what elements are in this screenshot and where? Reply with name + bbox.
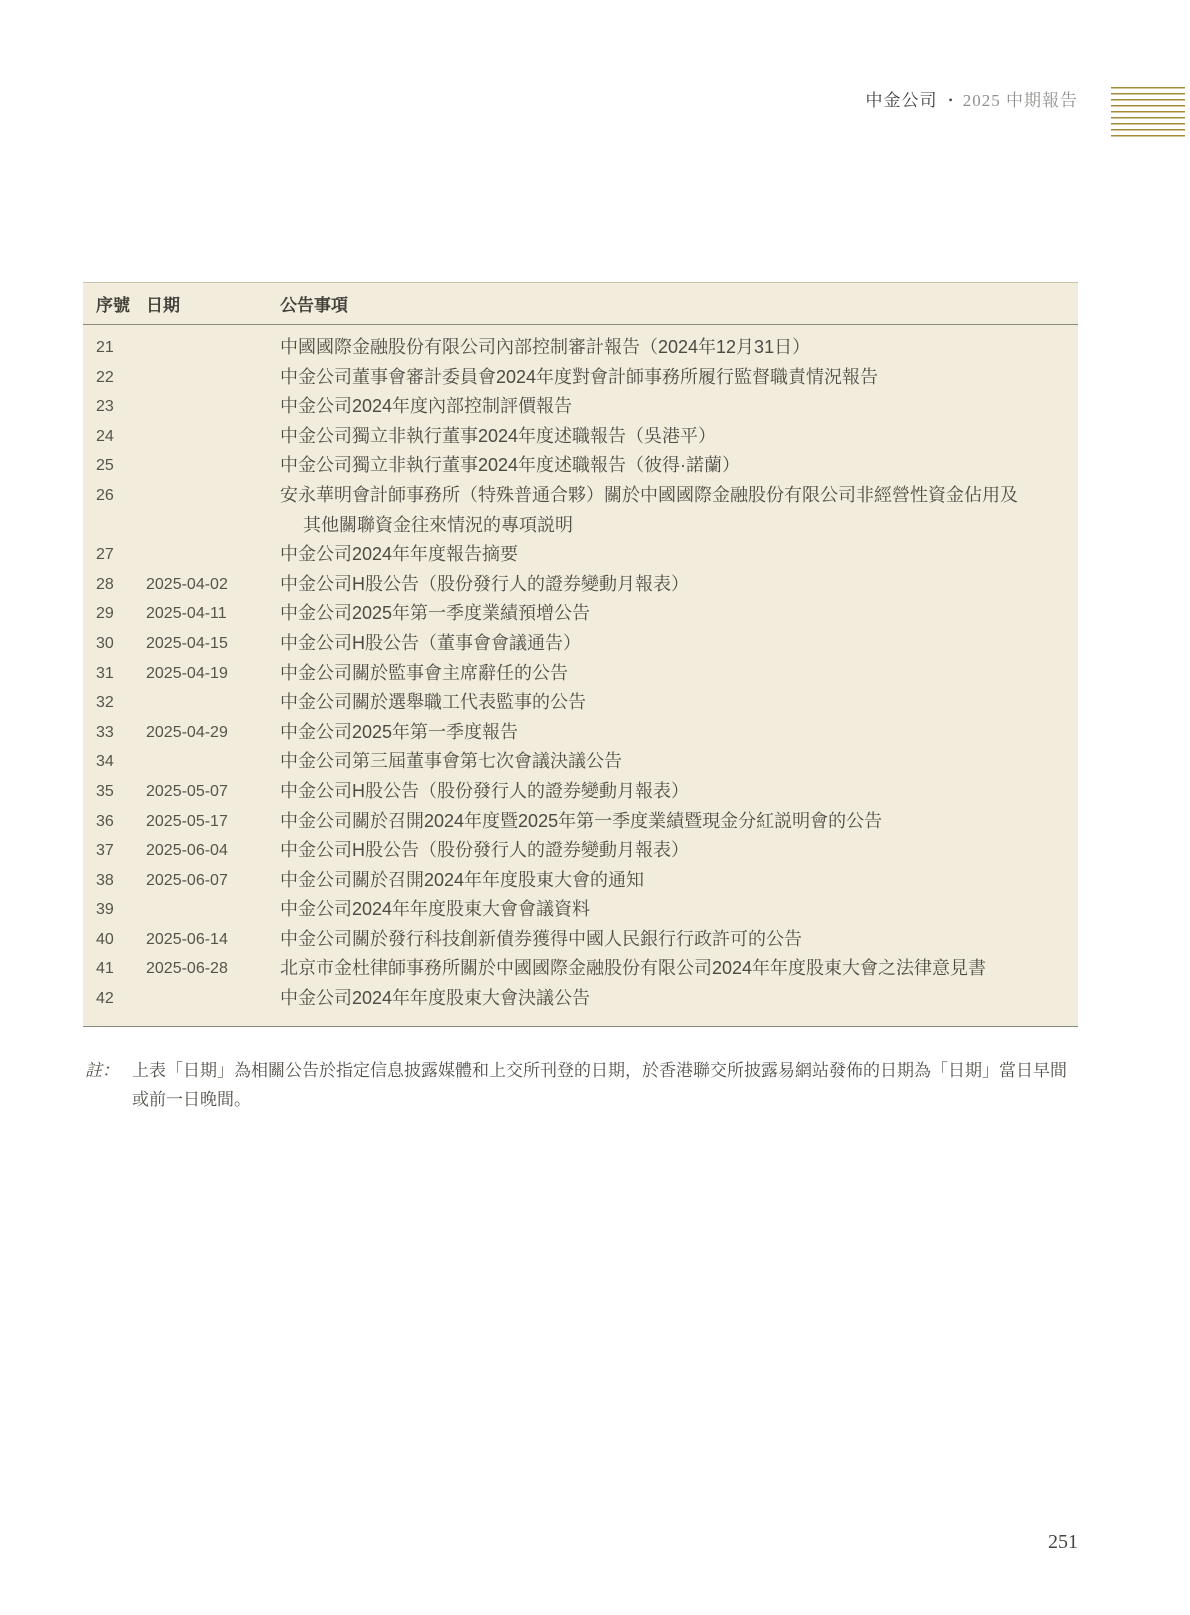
row-seq-number: 39 xyxy=(83,895,146,925)
row-date: 2025-06-28 xyxy=(146,954,280,984)
row-announcement: 中金公司H股公告（股份發行人的證券變動月報表） xyxy=(280,570,1078,600)
row-announcement-line: 中金公司2025年第一季度報告 xyxy=(280,718,1078,748)
row-seq-number: 31 xyxy=(83,659,146,689)
row-announcement-line: 中金公司獨立非執行董事2024年度述職報告（彼得·諾蘭） xyxy=(280,451,1078,481)
row-announcement: 中金公司關於發行科技創新債券獲得中國人民銀行行政許可的公告 xyxy=(280,925,1078,955)
row-announcement-line: 中金公司關於召開2024年年度股東大會的通知 xyxy=(280,866,1078,896)
row-date: 2025-06-04 xyxy=(146,836,280,866)
table-row: 25中金公司獨立非執行董事2024年度述職報告（彼得·諾蘭） xyxy=(83,451,1078,481)
gold-stripes-decoration xyxy=(1111,87,1185,137)
row-announcement-line: 中金公司H股公告（董事會會議通告） xyxy=(280,629,1078,659)
row-announcement: 中金公司獨立非執行董事2024年度述職報告（吳港平） xyxy=(280,422,1078,452)
row-announcement: 中金公司第三屆董事會第七次會議決議公告 xyxy=(280,747,1078,777)
row-announcement-line: 其他關聯資金往來情況的專項説明 xyxy=(280,511,1078,541)
row-seq-number: 22 xyxy=(83,363,146,393)
row-seq-number: 38 xyxy=(83,866,146,896)
table-row: 26安永華明會計師事務所（特殊普通合夥）關於中國國際金融股份有限公司非經營性資金… xyxy=(83,481,1078,540)
row-announcement: 中金公司關於召開2024年年度股東大會的通知 xyxy=(280,866,1078,896)
row-announcement-line: 中金公司2024年年度報告摘要 xyxy=(280,540,1078,570)
row-announcement-line: 中金公司H股公告（股份發行人的證券變動月報表） xyxy=(280,836,1078,866)
table-row: 382025-06-07中金公司關於召開2024年年度股東大會的通知 xyxy=(83,866,1078,896)
row-seq-number: 29 xyxy=(83,599,146,629)
row-announcement: 中金公司獨立非執行董事2024年度述職報告（彼得·諾蘭） xyxy=(280,451,1078,481)
footnote-text: 上表「日期」為相關公告於指定信息披露媒體和上交所刊登的日期，於香港聯交所披露易網… xyxy=(132,1056,1080,1114)
row-announcement-line: 中金公司第三屆董事會第七次會議決議公告 xyxy=(280,747,1078,777)
row-date: 2025-04-11 xyxy=(146,599,280,629)
row-announcement-line: 中金公司關於選舉職工代表監事的公告 xyxy=(280,688,1078,718)
row-seq-number: 26 xyxy=(83,481,146,511)
row-announcement-line: 北京市金杜律師事務所關於中國國際金融股份有限公司2024年年度股東大會之法律意見… xyxy=(280,954,1078,984)
bullet-separator-icon: • xyxy=(949,93,954,108)
row-date: 2025-04-19 xyxy=(146,659,280,689)
table-row: 39中金公司2024年年度股東大會會議資料 xyxy=(83,895,1078,925)
row-seq-number: 21 xyxy=(83,333,146,363)
row-announcement: 安永華明會計師事務所（特殊普通合夥）關於中國國際金融股份有限公司非經營性資金佔用… xyxy=(280,481,1078,540)
report-page: 中金公司•2025 中期報告 序號 日期 公告事項 21中國國際金融股份有限公司… xyxy=(0,0,1190,1615)
table-row: 412025-06-28北京市金杜律師事務所關於中國國際金融股份有限公司2024… xyxy=(83,954,1078,984)
table-row: 372025-06-04中金公司H股公告（股份發行人的證券變動月報表） xyxy=(83,836,1078,866)
table-row: 302025-04-15中金公司H股公告（董事會會議通告） xyxy=(83,629,1078,659)
row-seq-number: 34 xyxy=(83,747,146,777)
row-announcement: 中金公司關於召開2024年度暨2025年第一季度業績暨現金分紅説明會的公告 xyxy=(280,807,1078,837)
table-row: 292025-04-11中金公司2025年第一季度業績預增公告 xyxy=(83,599,1078,629)
row-seq-number: 41 xyxy=(83,954,146,984)
row-seq-number: 37 xyxy=(83,836,146,866)
running-header: 中金公司•2025 中期報告 xyxy=(0,86,1078,111)
row-seq-number: 30 xyxy=(83,629,146,659)
column-header-date: 日期 xyxy=(146,291,280,316)
footnote-label: 註： xyxy=(85,1056,132,1085)
table-row: 21中國國際金融股份有限公司內部控制審計報告（2024年12月31日） xyxy=(83,333,1078,363)
footnote: 註： 上表「日期」為相關公告於指定信息披露媒體和上交所刊登的日期，於香港聯交所披… xyxy=(85,1056,1080,1114)
row-date: 2025-06-07 xyxy=(146,866,280,896)
row-announcement: 中金公司關於監事會主席辭任的公告 xyxy=(280,659,1078,689)
table-row: 352025-05-07中金公司H股公告（股份發行人的證券變動月報表） xyxy=(83,777,1078,807)
row-announcement-line: 中金公司關於召開2024年度暨2025年第一季度業績暨現金分紅説明會的公告 xyxy=(280,807,1078,837)
row-announcement: 北京市金杜律師事務所關於中國國際金融股份有限公司2024年年度股東大會之法律意見… xyxy=(280,954,1078,984)
row-seq-number: 35 xyxy=(83,777,146,807)
table-row: 362025-05-17中金公司關於召開2024年度暨2025年第一季度業績暨現… xyxy=(83,807,1078,837)
table-row: 34中金公司第三屆董事會第七次會議決議公告 xyxy=(83,747,1078,777)
announcements-table: 序號 日期 公告事項 21中國國際金融股份有限公司內部控制審計報告（2024年1… xyxy=(83,282,1078,1027)
row-announcement-line: 中國國際金融股份有限公司內部控制審計報告（2024年12月31日） xyxy=(280,333,1078,363)
company-name: 中金公司 xyxy=(866,91,938,110)
row-announcement: 中金公司H股公告（股份發行人的證券變動月報表） xyxy=(280,836,1078,866)
row-seq-number: 40 xyxy=(83,925,146,955)
row-announcement-line: 中金公司2024年年度股東大會會議資料 xyxy=(280,895,1078,925)
row-seq-number: 24 xyxy=(83,422,146,452)
row-date: 2025-05-07 xyxy=(146,777,280,807)
row-seq-number: 23 xyxy=(83,392,146,422)
table-row: 32中金公司關於選舉職工代表監事的公告 xyxy=(83,688,1078,718)
row-announcement-line: 中金公司獨立非執行董事2024年度述職報告（吳港平） xyxy=(280,422,1078,452)
row-announcement: 中金公司2024年年度報告摘要 xyxy=(280,540,1078,570)
row-date: 2025-05-17 xyxy=(146,807,280,837)
row-announcement: 中金公司2024年度內部控制評價報告 xyxy=(280,392,1078,422)
table-row: 282025-04-02中金公司H股公告（股份發行人的證券變動月報表） xyxy=(83,570,1078,600)
row-seq-number: 32 xyxy=(83,688,146,718)
table-row: 402025-06-14中金公司關於發行科技創新債券獲得中國人民銀行行政許可的公… xyxy=(83,925,1078,955)
row-announcement-line: 中金公司2025年第一季度業績預增公告 xyxy=(280,599,1078,629)
row-date: 2025-06-14 xyxy=(146,925,280,955)
row-seq-number: 28 xyxy=(83,570,146,600)
row-announcement: 中金公司2025年第一季度業績預增公告 xyxy=(280,599,1078,629)
table-row: 312025-04-19中金公司關於監事會主席辭任的公告 xyxy=(83,659,1078,689)
row-date: 2025-04-15 xyxy=(146,629,280,659)
table-row: 24中金公司獨立非執行董事2024年度述職報告（吳港平） xyxy=(83,422,1078,452)
row-announcement: 中金公司關於選舉職工代表監事的公告 xyxy=(280,688,1078,718)
column-header-item: 公告事項 xyxy=(280,291,1078,316)
row-seq-number: 27 xyxy=(83,540,146,570)
row-announcement-line: 中金公司關於發行科技創新債券獲得中國人民銀行行政許可的公告 xyxy=(280,925,1078,955)
report-title: 2025 中期報告 xyxy=(963,91,1078,110)
table-row: 23中金公司2024年度內部控制評價報告 xyxy=(83,392,1078,422)
table-row: 27中金公司2024年年度報告摘要 xyxy=(83,540,1078,570)
row-announcement-line: 安永華明會計師事務所（特殊普通合夥）關於中國國際金融股份有限公司非經營性資金佔用… xyxy=(280,481,1078,511)
table-header-row: 序號 日期 公告事項 xyxy=(83,282,1078,325)
row-announcement: 中金公司2024年年度股東大會會議資料 xyxy=(280,895,1078,925)
row-announcement: 中金公司H股公告（董事會會議通告） xyxy=(280,629,1078,659)
row-seq-number: 42 xyxy=(83,984,146,1014)
table-row: 22中金公司董事會審計委員會2024年度對會計師事務所履行監督職責情況報告 xyxy=(83,363,1078,393)
table-rows: 21中國國際金融股份有限公司內部控制審計報告（2024年12月31日）22中金公… xyxy=(83,325,1078,1027)
row-announcement: 中金公司H股公告（股份發行人的證券變動月報表） xyxy=(280,777,1078,807)
column-header-seq: 序號 xyxy=(83,291,146,316)
row-announcement-line: 中金公司H股公告（股份發行人的證券變動月報表） xyxy=(280,570,1078,600)
page-number: 251 xyxy=(1048,1531,1078,1554)
row-announcement: 中金公司董事會審計委員會2024年度對會計師事務所履行監督職責情況報告 xyxy=(280,363,1078,393)
row-announcement-line: 中金公司關於監事會主席辭任的公告 xyxy=(280,659,1078,689)
row-seq-number: 25 xyxy=(83,451,146,481)
row-announcement: 中金公司2025年第一季度報告 xyxy=(280,718,1078,748)
table-row: 42中金公司2024年年度股東大會決議公告 xyxy=(83,984,1078,1014)
row-seq-number: 33 xyxy=(83,718,146,748)
table-row: 332025-04-29中金公司2025年第一季度報告 xyxy=(83,718,1078,748)
row-date: 2025-04-29 xyxy=(146,718,280,748)
row-date: 2025-04-02 xyxy=(146,570,280,600)
row-announcement-line: 中金公司2024年度內部控制評價報告 xyxy=(280,392,1078,422)
row-announcement: 中國國際金融股份有限公司內部控制審計報告（2024年12月31日） xyxy=(280,333,1078,363)
row-announcement-line: 中金公司董事會審計委員會2024年度對會計師事務所履行監督職責情況報告 xyxy=(280,363,1078,393)
row-announcement: 中金公司2024年年度股東大會決議公告 xyxy=(280,984,1078,1014)
row-announcement-line: 中金公司H股公告（股份發行人的證券變動月報表） xyxy=(280,777,1078,807)
row-announcement-line: 中金公司2024年年度股東大會決議公告 xyxy=(280,984,1078,1014)
row-seq-number: 36 xyxy=(83,807,146,837)
